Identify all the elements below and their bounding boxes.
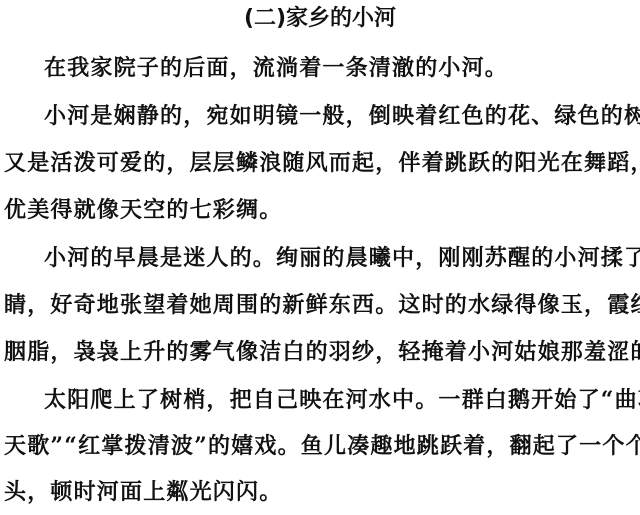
- text-line: 小河的早晨是迷人的。绚丽的晨曦中，刚刚苏醒的小河揉了揉眼: [44, 243, 636, 273]
- text-line: 天歌”“红掌拨清波”的嬉戏。鱼儿凑趣地跳跃着，翻起了一个个跟: [4, 431, 636, 461]
- text-line: 在我家院子的后面，流淌着一条清澈的小河。: [44, 53, 636, 83]
- document-title: (二)家乡的小河: [0, 2, 640, 36]
- text-line: 胭脂，袅袅上升的雾气像洁白的羽纱，轻掩着小河姑娘那羞涩的脸蛋。: [4, 337, 636, 367]
- text-line: 优美得就像天空的七彩绸。: [4, 195, 636, 225]
- text-line: 头，顿时河面上粼光闪闪。: [4, 477, 636, 507]
- text-line: 小河是娴静的，宛如明镜一般，倒映着红色的花、绿色的树；她: [44, 101, 636, 131]
- text-line: 太阳爬上了树梢，把自己映在河水中。一群白鹅开始了“曲项向: [44, 385, 636, 415]
- text-line: 睛，好奇地张望着她周围的新鲜东西。这时的水绿得像玉，霞红得似: [4, 290, 636, 320]
- text-line: 又是活泼可爱的，层层鳞浪随风而起，伴着跳跃的阳光在舞蹈，舞姿: [4, 148, 636, 178]
